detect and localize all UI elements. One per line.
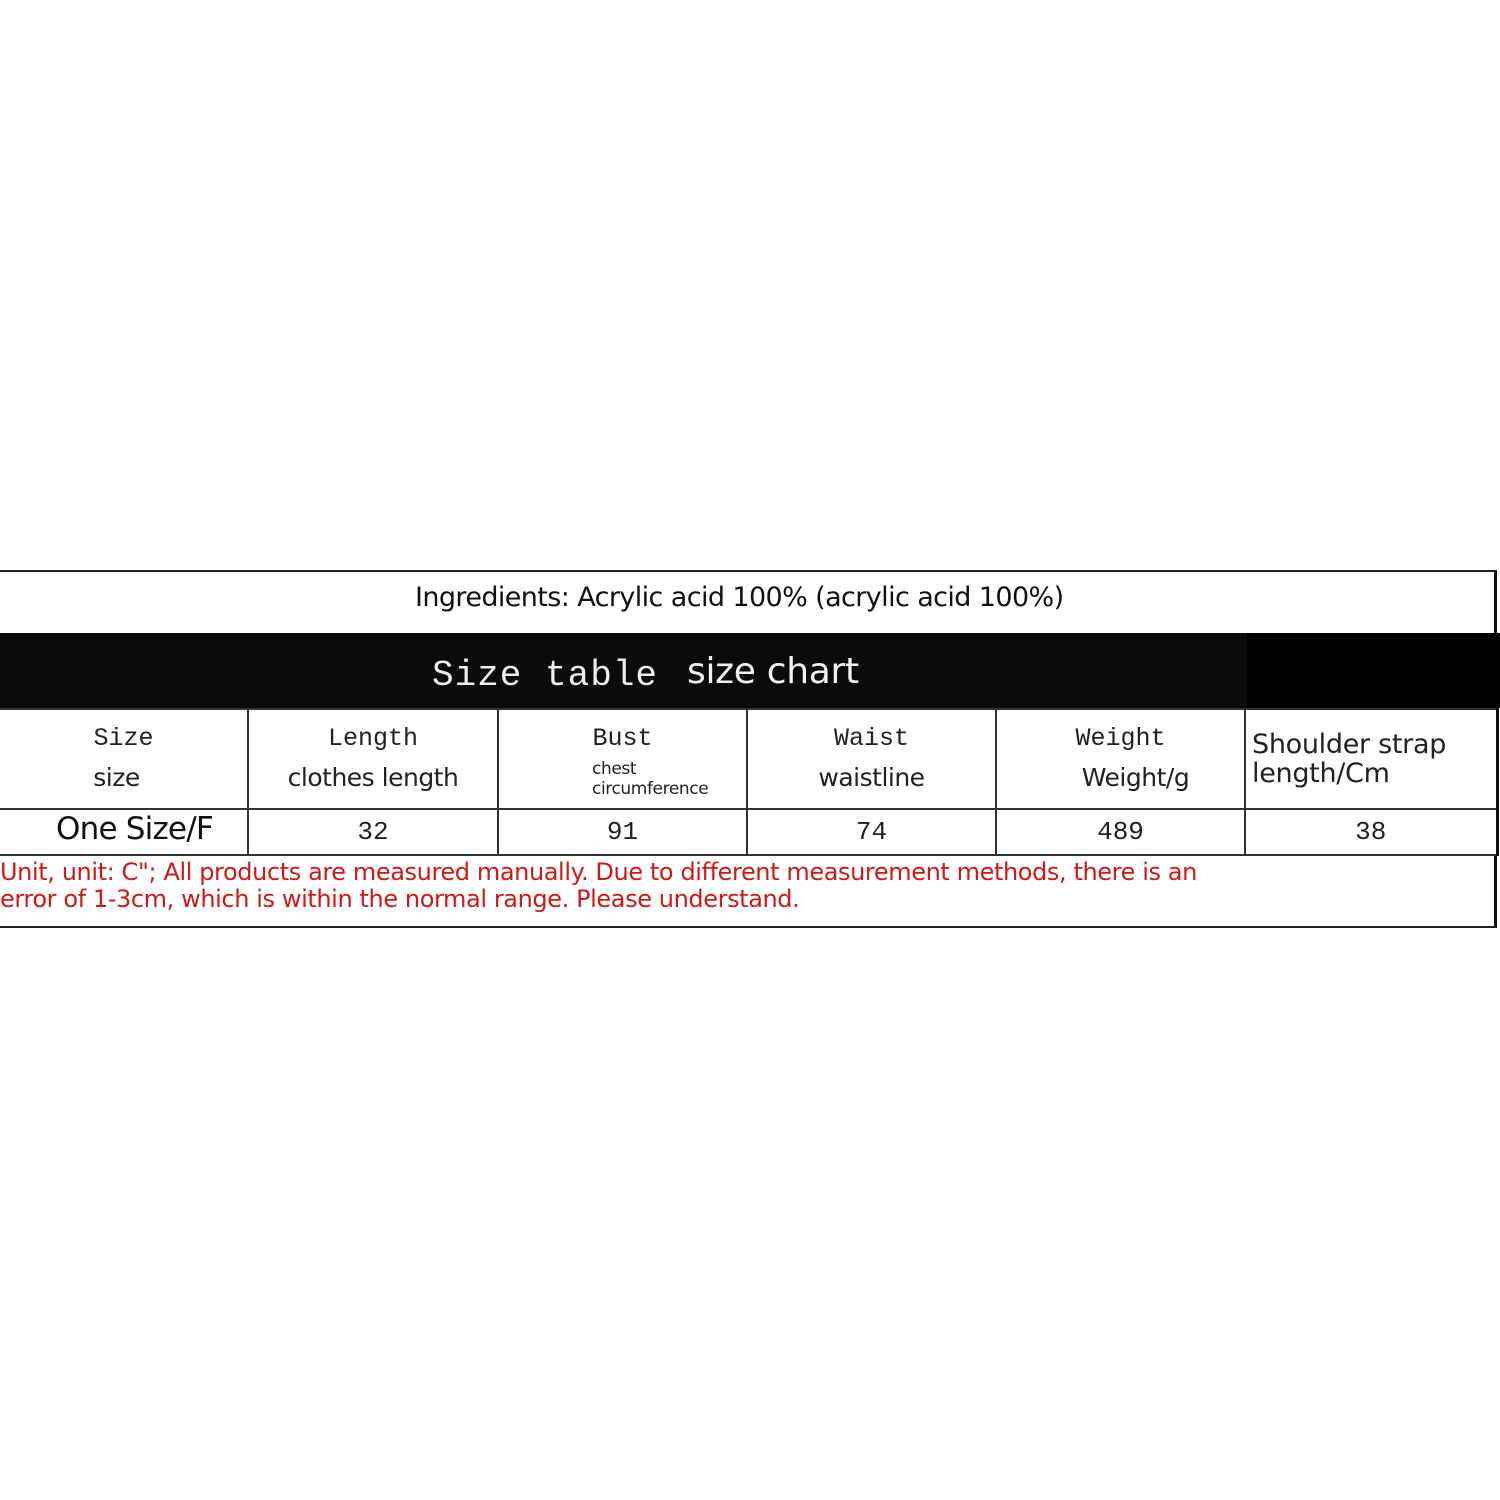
ingredients-row: Ingredients: Acrylic acid 100% (acrylic … xyxy=(0,570,1497,633)
header-length-sub: clothes length xyxy=(249,763,497,792)
header-length: Length clothes length xyxy=(248,709,498,809)
header-shoulder-strap: Shoulder strap length/Cm xyxy=(1245,709,1497,809)
cell-shoulder-strap: 38 xyxy=(1245,809,1497,855)
header-size-en: Size xyxy=(0,724,247,753)
title-bar: Size table size chart xyxy=(0,633,1500,708)
bust-value: 91 xyxy=(607,817,638,847)
cell-bust: 91 xyxy=(498,809,747,855)
header-bust-en: Bust xyxy=(499,724,746,753)
note-line-2: error of 1-3cm, which is within the norm… xyxy=(0,886,1494,913)
measurement-note: Unit, unit: C"; All products are measure… xyxy=(0,856,1497,928)
header-weight-en: Weight xyxy=(997,724,1244,753)
waist-value: 74 xyxy=(856,817,887,847)
ingredients-text: Ingredients: Acrylic acid 100% (acrylic … xyxy=(415,576,1064,620)
cell-size: One Size/F xyxy=(0,809,248,855)
cell-waist: 74 xyxy=(747,809,996,855)
header-bust: Bust chest circumference xyxy=(498,709,747,809)
weight-value: 489 xyxy=(1097,817,1144,847)
title-size-table: Size table xyxy=(432,655,658,696)
cell-length: 32 xyxy=(248,809,498,855)
header-waist-sub: waistline xyxy=(748,763,995,792)
header-weight: Weight Weight/g xyxy=(996,709,1245,809)
note-line-1: Unit, unit: C"; All products are measure… xyxy=(0,859,1494,886)
header-length-en: Length xyxy=(249,724,497,753)
header-size-sub: size xyxy=(0,763,247,792)
length-value: 32 xyxy=(357,817,388,847)
header-row: Size size Length clothes length Bust che… xyxy=(0,709,1497,809)
size-value: One Size/F xyxy=(0,811,247,847)
title-bar-right-block xyxy=(1247,633,1500,708)
header-waist-en: Waist xyxy=(748,724,995,753)
cell-weight: 489 xyxy=(996,809,1245,855)
size-table: Size size Length clothes length Bust che… xyxy=(0,708,1499,856)
header-weight-sub: Weight/g xyxy=(997,763,1244,792)
header-waist: Waist waistline xyxy=(747,709,996,809)
header-shoulder-strap-label: Shoulder strap length/Cm xyxy=(1246,730,1496,788)
header-bust-sub: chest circumference xyxy=(499,759,719,799)
shoulder-strap-value: 38 xyxy=(1355,817,1386,847)
table-row: One Size/F 32 91 74 489 38 xyxy=(0,809,1497,855)
header-size: Size size xyxy=(0,709,248,809)
title-size-chart: size chart xyxy=(687,651,859,692)
